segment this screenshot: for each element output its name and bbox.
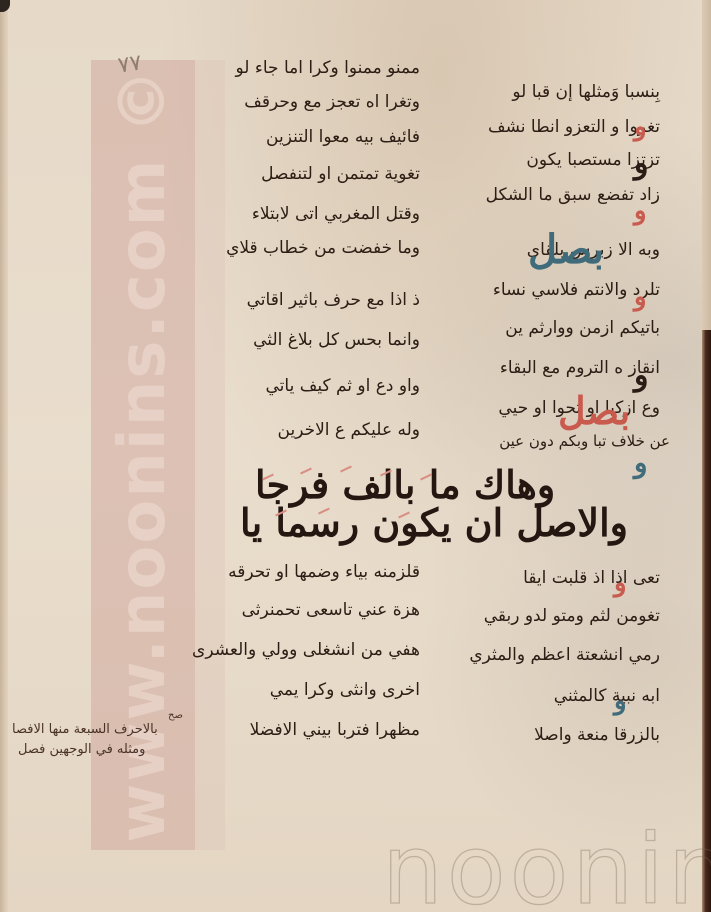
verse-line: مظهرا فتربا بيني الافضلا bbox=[250, 720, 420, 740]
folio-number: ٧٧ bbox=[116, 50, 143, 78]
verse-line: ابه نبية كالمثني bbox=[554, 686, 660, 706]
verse-line: وله عليكم ع الاخرين bbox=[278, 420, 420, 440]
rubric-fasl-blue: بصل bbox=[528, 226, 604, 273]
rubric-waw-blue: و bbox=[634, 446, 648, 479]
rubric-fasl-red: بصل bbox=[558, 388, 630, 433]
rubric-waw-red: و bbox=[634, 282, 647, 312]
page-corner-shadow bbox=[0, 0, 10, 12]
rubric-waw-red: و bbox=[634, 196, 647, 226]
page-right-edge-light bbox=[702, 0, 711, 330]
verse-line: وما خفضت من خطاب قلاي bbox=[226, 238, 420, 258]
verse-line: بِنسبا وَمثلها إن قبا لو bbox=[512, 82, 660, 102]
verse-line: اخرى وانثى وكرا يمي bbox=[270, 680, 420, 700]
rubric-waw-black: و bbox=[634, 146, 649, 181]
verse-line: واو دع او ثم كيف ياتي bbox=[266, 376, 421, 396]
verse-line: تعى اذا اذ قلبت ايقا bbox=[523, 568, 660, 588]
section-title-line-2: والاصل ان يكون رسما يا bbox=[240, 500, 628, 545]
margin-note-line-2: ومثله في الوجهين فصل bbox=[18, 742, 145, 757]
margin-note-line-1: بالاحرف السبعة منها الافصا bbox=[12, 722, 158, 737]
verse-line: رمي انشعتة اعظم والمثري bbox=[469, 645, 660, 665]
right-column: بِنسبا وَمثلها إن قبا لو تغروا و التعزو … bbox=[430, 0, 660, 912]
verse-line: فائيف بيه معوا التنزين bbox=[266, 127, 420, 147]
verse-line: هفي من انشغلى وولي والعشرى bbox=[192, 640, 420, 660]
margin-correction-mark: صح bbox=[168, 710, 183, 721]
verse-line: تغوية تمتمن او لتنفصل bbox=[261, 164, 420, 184]
rubric-waw-blue: و bbox=[614, 686, 627, 716]
verse-line: وانما بحس كل بلاغ الثي bbox=[253, 330, 420, 350]
page-left-edge bbox=[0, 0, 8, 912]
verse-line: هزة عني تاسعى تحمنرثى bbox=[242, 600, 420, 620]
manuscript-page: www.noonins.com © ٧٧ بِنسبا وَمثلها إن ق… bbox=[0, 0, 711, 912]
verse-line: ممنو ممنوا وكرا اما جاء لو bbox=[236, 58, 421, 78]
verse-line: بالزرقا منعة واصلا bbox=[534, 725, 660, 745]
verse-line: ذ اذا مع حرف باثير اقاتي bbox=[247, 290, 420, 310]
rubric-waw-red: و bbox=[634, 112, 647, 142]
rubric-waw-red: و bbox=[614, 568, 627, 598]
verse-line: وقتل المغربي اتى لابتلاء bbox=[252, 204, 420, 224]
left-column: ممنو ممنوا وكرا اما جاء لو وتغرا اه تعجز… bbox=[185, 0, 420, 912]
verse-line: تغومن لثم ومتو لدو ربقي bbox=[484, 606, 660, 626]
noonin-watermark: noonin bbox=[382, 822, 711, 912]
verse-line: قلزمنه بياء وضمها او تحرقه bbox=[228, 562, 420, 582]
verse-line: وتغرا اه تعجز مع وحرقف bbox=[244, 92, 420, 112]
rubric-waw-black: و bbox=[634, 358, 649, 393]
verse-line: باتيكم ازمن ووارثم ين bbox=[505, 318, 660, 338]
